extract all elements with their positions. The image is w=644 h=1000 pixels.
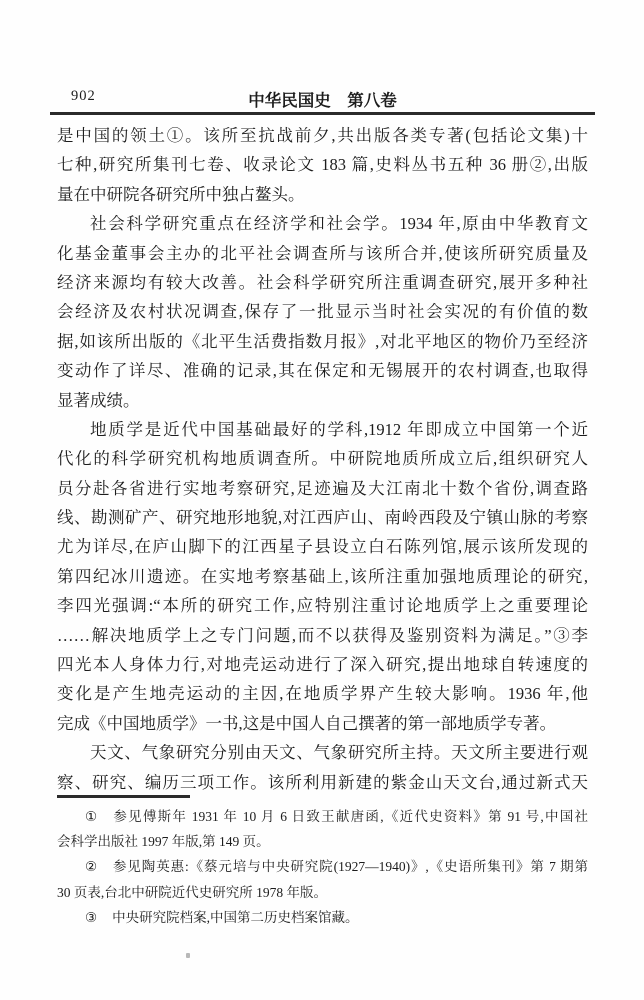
body-line: 完成《中国地质学》一书,这是中国人自己撰著的第一部地质学专著。 [57, 709, 588, 738]
body-line: 会经济及农村状况调查,保存了一批显示当时社会实况的有价值的数 [57, 297, 588, 326]
footnote-marker: ② [85, 854, 97, 879]
footnote-divider [57, 795, 190, 798]
body-line: 地质学是近代中国基础最好的学科,1912 年即成立中国第一个近 [57, 415, 588, 444]
body-line: 是中国的领土①。该所至抗战前夕,共出版各类专著(包括论文集)十 [57, 121, 588, 150]
page-number: 902 [71, 88, 96, 105]
body-line: 四光本人身体力行,对地壳运动进行了深入研究,提出地球自转速度的 [57, 650, 588, 679]
running-title: 中华民国史 第八卷 [57, 87, 588, 111]
footnote-line: ①参见傅斯年 1931 年 10 月 6 日致王献唐函,《近代史资料》第 91 … [57, 804, 588, 829]
footnote-marker: ① [85, 804, 97, 829]
body-line: 社会科学研究重点在经济学和社会学。1934 年,原由中华教育文 [57, 209, 588, 238]
body-line: 七种,研究所集刊七卷、收录论文 183 篇,史料丛书五种 36 册②,出版 [57, 150, 588, 179]
body-line: 天文、气象研究分别由天文、气象研究所主持。天文所主要进行观 [57, 738, 588, 767]
footnote-line: ②参见陶英惠:《蔡元培与中央研究院(1927—1940)》,《史语所集刊》第 7… [57, 854, 588, 879]
footnote-text: 参见傅斯年 1931 年 10 月 6 日致王献唐函,《近代史资料》第 91 号… [112, 809, 588, 824]
body-line: 化基金董事会主办的北平社会调查所与该所合并,使该所研究质量及 [57, 239, 588, 268]
body-line: 据,如该所出版的《北平生活费指数月报》,对北平地区的物价乃至经济 [57, 327, 588, 356]
body-line: 显著成绩。 [57, 386, 588, 415]
header-rule [50, 112, 595, 115]
footnote-text: 中央研究院档案,中国第二历史档案馆藏。 [112, 910, 358, 925]
body-line: 尤为详尽,在庐山脚下的江西星子县设立白石陈列馆,展示该所发现的 [57, 532, 588, 561]
page-header: 902 中华民国史 第八卷 [57, 87, 588, 109]
footnote-line: ③中央研究院档案,中国第二历史档案馆藏。 [57, 905, 588, 930]
body-line: ……解决地质学上之专门问题,而不以获得及鉴别资料为满足。”③李 [57, 621, 588, 650]
body-line: 变动作了详尽、准确的记录,其在保定和无锡展开的农村调查,也取得 [57, 356, 588, 385]
body-line: 员分赴各省进行实地考察研究,足迹遍及大江南北十数个省份,调查路 [57, 474, 588, 503]
body-line: 线、勘测矿产、研究地形地貌,对江西庐山、南岭西段及宁镇山脉的考察 [57, 503, 588, 532]
book-page: 902 中华民国史 第八卷 是中国的领土①。该所至抗战前夕,共出版各类专著(包括… [0, 0, 644, 1000]
body-line: 经济来源均有较大改善。社会科学研究所注重调查研究,展开多种社 [57, 268, 588, 297]
footnotes: ①参见傅斯年 1931 年 10 月 6 日致王献唐函,《近代史资料》第 91 … [57, 804, 588, 930]
body-line: 变化是产生地壳运动的主因,在地质学界产生较大影响。1936 年,他 [57, 679, 588, 708]
footnote-line: 会科学出版社 1997 年版,第 149 页。 [57, 829, 588, 854]
body-line: 第四纪冰川遗迹。在实地考察基础上,该所注重加强地质理论的研究, [57, 562, 588, 591]
body-line: 代化的科学研究机构地质调查所。中研院地质所成立后,组织研究人 [57, 444, 588, 473]
scan-speck [186, 953, 190, 958]
footnote-text: 参见陶英惠:《蔡元培与中央研究院(1927—1940)》,《史语所集刊》第 7 … [112, 859, 588, 874]
footnote-marker: ③ [85, 905, 97, 930]
body-text: 是中国的领土①。该所至抗战前夕,共出版各类专著(包括论文集)十 七种,研究所集刊… [57, 121, 588, 797]
body-line: 察、研究、编历三项工作。该所利用新建的紫金山天文台,通过新式天 [57, 768, 588, 797]
body-line: 李四光强调:“本所的研究工作,应特别注重讨论地质学上之重要理论 [57, 591, 588, 620]
footnote-line: 30 页表,台北中研院近代史研究所 1978 年版。 [57, 880, 588, 905]
body-line: 量在中研院各研究所中独占鳌头。 [57, 180, 588, 209]
